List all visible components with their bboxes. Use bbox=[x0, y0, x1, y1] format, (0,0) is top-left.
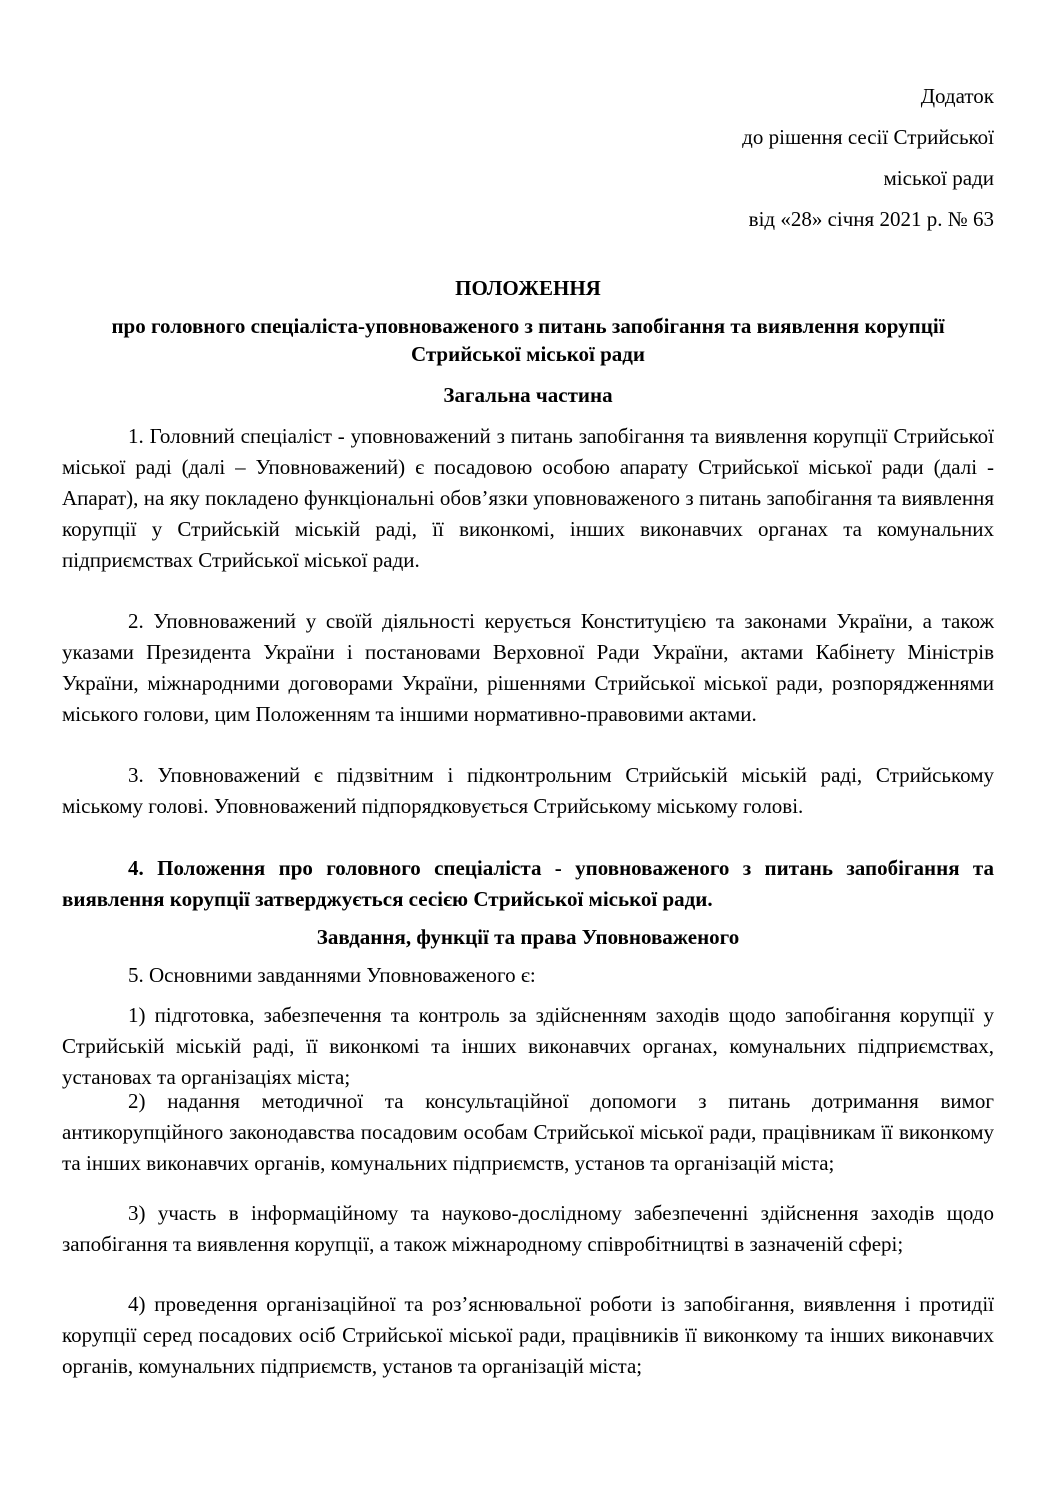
paragraph-3: 3. Уповноважений є підзвітним і підконтр… bbox=[62, 760, 994, 822]
task-item-4: 4) проведення організаційної та роз’ясню… bbox=[62, 1289, 994, 1382]
paragraph-4: 4. Положення про головного спеціаліста -… bbox=[62, 853, 994, 915]
task-item-2: 2) надання методичної та консультаційної… bbox=[62, 1086, 994, 1179]
document-subtitle: про головного спеціаліста-уповноваженого… bbox=[62, 312, 994, 368]
task-item-3: 3) участь в інформаційному та науково-до… bbox=[62, 1198, 994, 1260]
paragraph-5-intro: 5. Основними завданнями Уповноваженого є… bbox=[62, 960, 994, 991]
annex-label: Додаток bbox=[742, 76, 994, 117]
annex-block: Додаток до рішення сесії Стрийської місь… bbox=[742, 76, 994, 240]
paragraph-1: 1. Головний спеціаліст - уповноважений з… bbox=[62, 421, 994, 576]
annex-council: міської ради bbox=[742, 158, 994, 199]
section-heading-general: Загальна частина bbox=[62, 380, 994, 410]
annex-date-number: від «28» січня 2021 р. № 63 bbox=[742, 199, 994, 240]
paragraph-2: 2. Уповноважений у своїй діяльності керу… bbox=[62, 606, 994, 730]
annex-decision: до рішення сесії Стрийської bbox=[742, 117, 994, 158]
section-heading-tasks: Завдання, функції та права Уповноваженог… bbox=[62, 922, 994, 952]
document-title: ПОЛОЖЕННЯ bbox=[62, 273, 994, 303]
task-item-1: 1) підготовка, забезпечення та контроль … bbox=[62, 1000, 994, 1093]
